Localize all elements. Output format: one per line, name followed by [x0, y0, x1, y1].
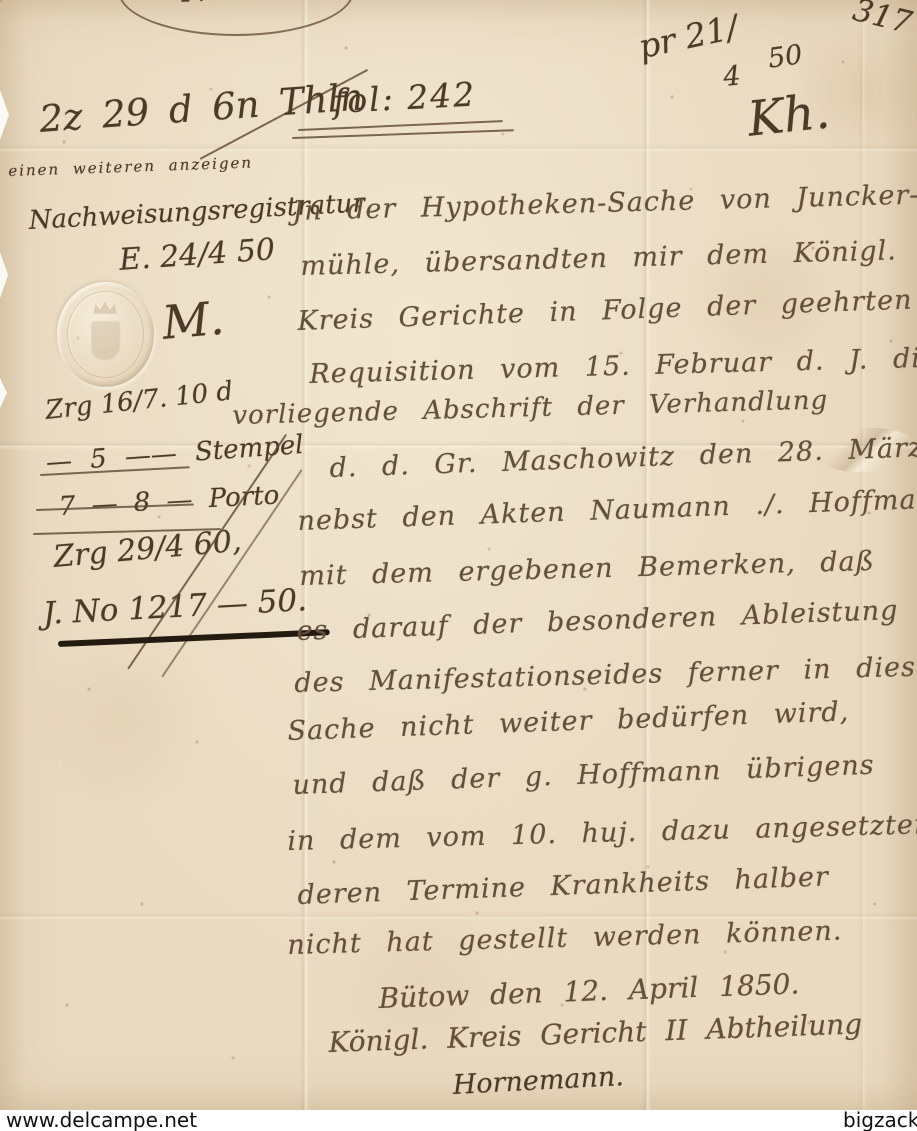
body-line: Kreis Gerichte in Folge der geehrten	[297, 285, 913, 337]
paper-edge-nick	[0, 378, 7, 408]
fee-line: Zrg 16/7. 10 d	[44, 376, 234, 426]
scanned-letter-page: No 640 317 pr 21/ 4 50 Kh. fol: 242 2z 2…	[0, 0, 917, 1131]
paper-edge-nick	[0, 90, 9, 140]
presentation-note-day: 4	[722, 61, 742, 93]
watermark-delcampe: www.delcampe.net	[6, 1109, 197, 1131]
paper-edge-nick	[0, 252, 8, 298]
clerk-initial: M.	[160, 291, 226, 350]
body-line: und daß der g. Hoffmann übrigens	[292, 750, 875, 801]
body-line: Requisition vom 15. Februar d. J. die	[309, 343, 917, 390]
folio-underline	[298, 120, 503, 131]
dateline: Bütow den 12. April 1850.	[378, 967, 800, 1015]
body-line: mit dem ergebenen Bemerken, daß	[299, 546, 875, 592]
court-line: Königl. Kreis Gericht II Abtheilung	[328, 1007, 863, 1059]
fee-total-underline	[58, 629, 330, 647]
fee-line: 7 — 8 — Porto	[58, 480, 280, 522]
watermark-strip: www.delcampe.net bigzack	[0, 1110, 917, 1131]
body-line: mühle, übersandten mir dem Königl.	[300, 235, 897, 282]
body-line: des Manifestationseides ferner in dieser	[294, 651, 917, 699]
registry-note-large: 2z 29 d 6n Thln	[38, 75, 365, 141]
body-line: es darauf der besonderen Ableistung	[296, 595, 899, 647]
registry-note-small: einen weiteren anzeigen	[8, 153, 253, 180]
presentation-paraph: Kh.	[745, 83, 832, 147]
body-line: Sache nicht weiter bedürfen wird,	[287, 696, 850, 747]
embossed-seal	[57, 282, 154, 387]
body-line: deren Termine Krankheits halber	[297, 861, 829, 911]
registry-date-note: E. 24/4 50	[118, 232, 276, 278]
body-line: vorliegende Abschrift der Verhandlung	[232, 385, 829, 431]
body-line: Jn der Hypotheken-Sache von Juncker-	[292, 180, 917, 227]
folio-underline	[292, 129, 514, 139]
body-line: nebst den Akten Naumann ./. Hoffmann	[297, 483, 917, 537]
presentation-note-year: 50	[766, 39, 804, 74]
coat-of-arms-icon	[90, 320, 120, 360]
body-line: nicht hat gestellt werden können.	[287, 915, 843, 961]
horizontal-fold-crease	[0, 144, 917, 153]
signature: Hornemann.	[452, 1061, 625, 1101]
paper: No 640 317 pr 21/ 4 50 Kh. fol: 242 2z 2…	[0, 0, 917, 1110]
body-line: in dem vom 10. huj. dazu angesetzten	[287, 809, 917, 857]
fee-total-line: J. No 1217 — 50.	[42, 582, 308, 632]
paper-speckles	[0, 0, 2, 2]
watermark-bigzack: bigzack	[843, 1109, 917, 1131]
